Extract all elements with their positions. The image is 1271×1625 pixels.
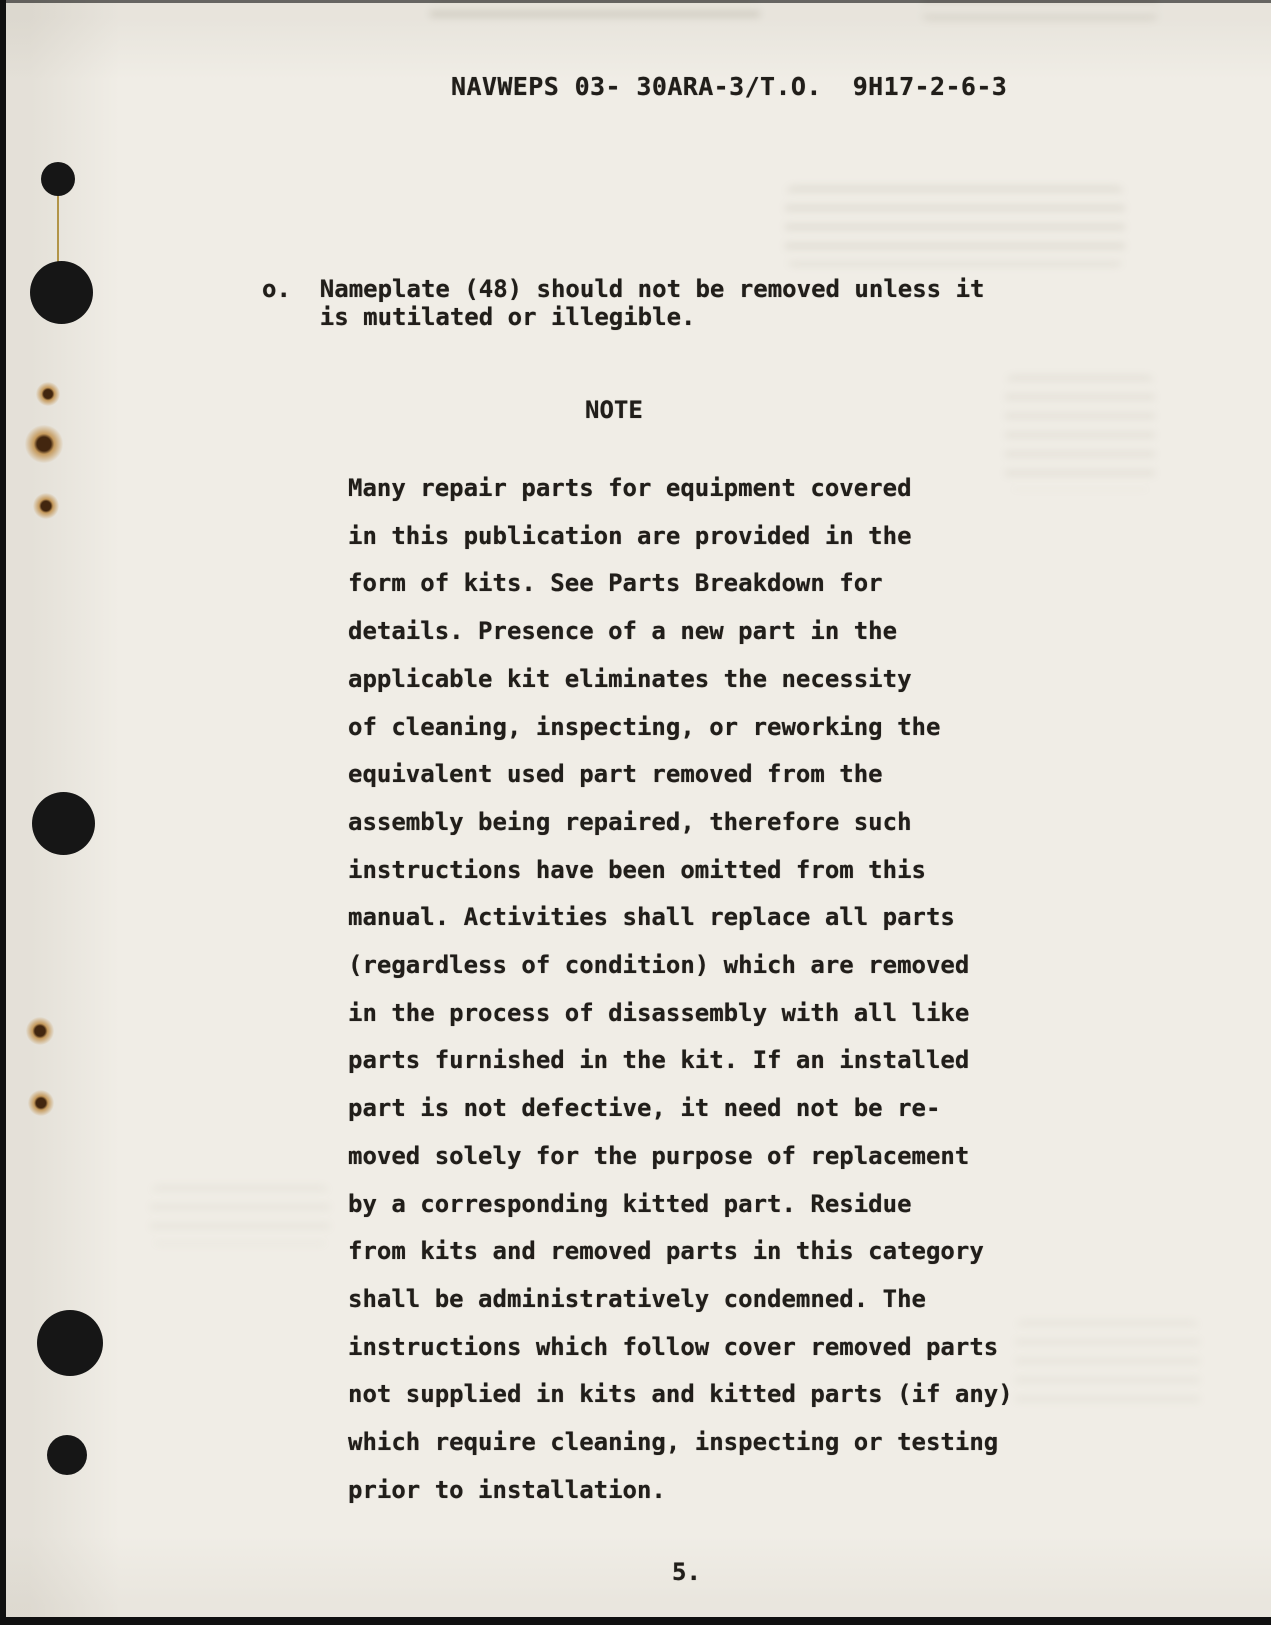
- ghost-text-smudge: [150, 1185, 330, 1245]
- scan-edge-top: [0, 0, 1271, 3]
- text-line: assembly being repaired, therefore such: [348, 799, 1013, 847]
- text-line: in this publication are provided in the: [348, 513, 1013, 561]
- ghost-text-smudge: [1005, 375, 1155, 490]
- text-line: shall be administratively condemned. The: [348, 1276, 1013, 1324]
- stain-spot: [33, 493, 59, 519]
- text-line: instructions which follow cover removed …: [348, 1324, 1013, 1372]
- text-line: from kits and removed parts in this cate…: [348, 1228, 1013, 1276]
- text-line: equivalent used part removed from the: [348, 751, 1013, 799]
- punch-hole-dot: [37, 1310, 103, 1376]
- document-number-header: NAVWEPS 03- 30ARA-3/T.O. 9H17-2-6-3: [451, 72, 1007, 101]
- ghost-text-smudge: [1015, 1320, 1200, 1415]
- punch-hole-dot: [32, 792, 95, 855]
- note-paragraph: Many repair parts for equipment coveredi…: [348, 465, 1013, 1514]
- ghost-text-smudge: [920, 0, 1160, 20]
- text-line: of cleaning, inspecting, or reworking th…: [348, 704, 1013, 752]
- punch-hole-dot: [47, 1435, 87, 1475]
- stain-spot: [25, 425, 62, 462]
- text-line: is mutilated or illegible.: [262, 304, 984, 332]
- punch-hole-dot: [30, 261, 93, 324]
- text-line: Many repair parts for equipment covered: [348, 465, 1013, 513]
- punch-hole-dot: [41, 162, 75, 196]
- ghost-text-smudge: [785, 186, 1125, 266]
- text-line: part is not defective, it need not be re…: [348, 1085, 1013, 1133]
- text-line: manual. Activities shall replace all par…: [348, 894, 1013, 942]
- text-line: by a corresponding kitted part. Residue: [348, 1181, 1013, 1229]
- text-line: form of kits. See Parts Breakdown for: [348, 560, 1013, 608]
- text-line: which require cleaning, inspecting or te…: [348, 1419, 1013, 1467]
- text-line: details. Presence of a new part in the: [348, 608, 1013, 656]
- list-item-o: o. Nameplate (48) should not be removed …: [262, 276, 984, 331]
- page-number: 5.: [672, 1558, 701, 1586]
- text-line: moved solely for the purpose of replacem…: [348, 1133, 1013, 1181]
- text-line: (regardless of condition) which are remo…: [348, 942, 1013, 990]
- text-line: prior to installation.: [348, 1467, 1013, 1515]
- text-line: applicable kit eliminates the necessity: [348, 656, 1013, 704]
- text-line: in the process of disassembly with all l…: [348, 990, 1013, 1038]
- note-heading: NOTE: [585, 396, 643, 424]
- ghost-text-smudge: [430, 0, 760, 24]
- scanned-document-page: NAVWEPS 03- 30ARA-3/T.O. 9H17-2-6-3 o. N…: [0, 0, 1271, 1625]
- text-line: o. Nameplate (48) should not be removed …: [262, 276, 984, 304]
- scan-edge-left: [0, 0, 6, 1625]
- stain-spot: [26, 1017, 55, 1046]
- text-line: not supplied in kits and kitted parts (i…: [348, 1371, 1013, 1419]
- stain-spot: [36, 382, 60, 406]
- stain-spot: [28, 1090, 54, 1116]
- text-line: instructions have been omitted from this: [348, 847, 1013, 895]
- text-line: parts furnished in the kit. If an instal…: [348, 1037, 1013, 1085]
- scan-edge-bottom: [0, 1617, 1271, 1625]
